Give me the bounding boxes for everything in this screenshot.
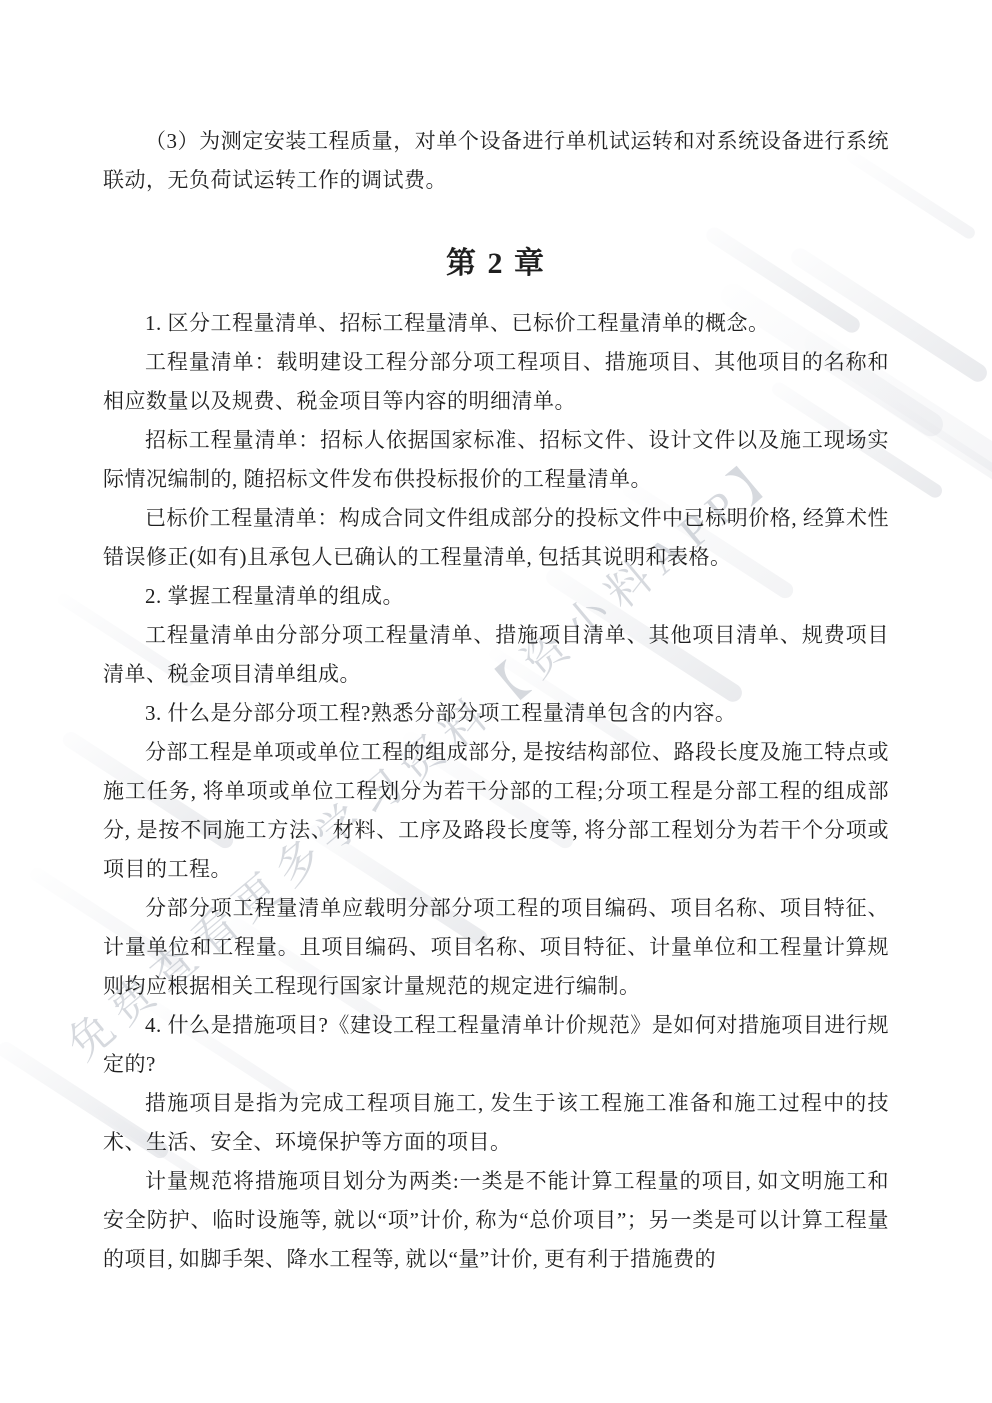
paragraph: 4. 什么是措施项目?《建设工程工程量清单计价规范》是如何对措施项目进行规定的? bbox=[103, 1006, 889, 1084]
paragraph: 计量规范将措施项目划分为两类:一类是不能计算工程量的项目, 如文明施工和安全防护… bbox=[103, 1162, 889, 1279]
paragraph: 招标工程量清单：招标人依据国家标准、招标文件、设计文件以及施工现场实际情况编制的… bbox=[103, 421, 889, 499]
paragraph: 2. 掌握工程量清单的组成。 bbox=[103, 577, 889, 616]
paragraph: 分部工程是单项或单位工程的组成部分, 是按结构部位、路段长度及施工特点或施工任务… bbox=[103, 733, 889, 889]
paragraph: 分部分项工程量清单应载明分部分项工程的项目编码、项目名称、项目特征、计量单位和工… bbox=[103, 889, 889, 1006]
paragraph: 3. 什么是分部分项工程?熟悉分部分项工程量清单包含的内容。 bbox=[103, 694, 889, 733]
document-page: 免费查看更多学习资料【资小料APP】 （3）为测定安装工程质量，对单个设备进行单… bbox=[0, 0, 992, 1403]
intro-paragraph: （3）为测定安装工程质量，对单个设备进行单机试运转和对系统设备进行系统联动，无负… bbox=[103, 122, 889, 200]
brush-stroke bbox=[877, 393, 992, 497]
page-content: （3）为测定安装工程质量，对单个设备进行单机试运转和对系统设备进行系统联动，无负… bbox=[103, 0, 889, 1279]
paragraph: 工程量清单：载明建设工程分部分项工程项目、措施项目、其他项目的名称和相应数量以及… bbox=[103, 343, 889, 421]
paragraph: 措施项目是指为完成工程项目施工, 发生于该工程施工准备和施工过程中的技术、生活、… bbox=[103, 1084, 889, 1162]
chapter-heading: 第 2 章 bbox=[103, 244, 889, 284]
paragraph: 工程量清单由分部分项工程量清单、措施项目清单、其他项目清单、规费项目清单、税金项… bbox=[103, 616, 889, 694]
paragraph: 1. 区分工程量清单、招标工程量清单、已标价工程量清单的概念。 bbox=[103, 304, 889, 343]
paragraph: 已标价工程量清单：构成合同文件组成部分的投标文件中已标明价格, 经算术性错误修正… bbox=[103, 499, 889, 577]
